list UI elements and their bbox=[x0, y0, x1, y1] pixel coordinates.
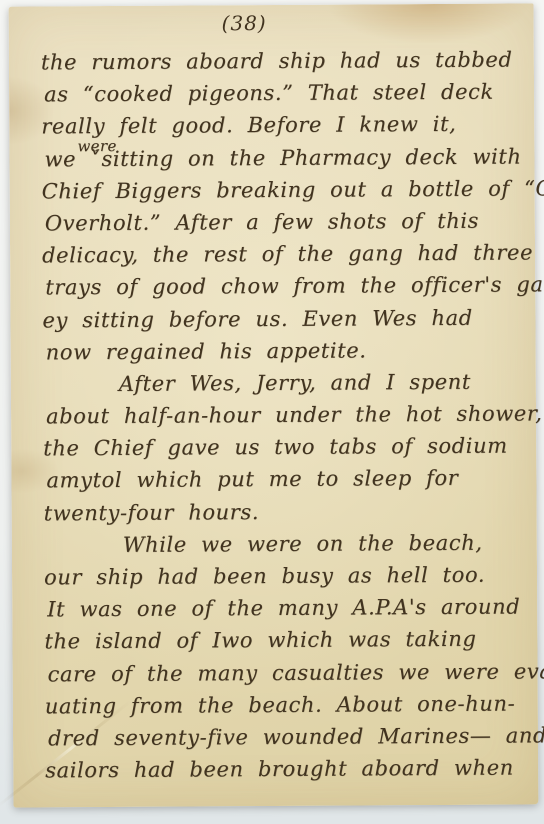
line-text: Chief Biggers breaking out a bottle of “… bbox=[42, 176, 544, 203]
page-number: (38) bbox=[9, 10, 480, 37]
line-text: about half-an-hour under the hot shower, bbox=[46, 401, 543, 428]
handwritten-line: It was one of the many A.P.A's around bbox=[44, 591, 525, 626]
line-text: amytol which put me to sleep for bbox=[46, 466, 458, 493]
handwritten-line: While we were on the beach, bbox=[44, 526, 525, 561]
line-text: our ship had been busy as hell too. bbox=[44, 563, 485, 590]
handwritten-line: our ship had been busy as hell too. bbox=[44, 558, 525, 593]
inserted-word-above-line: were bbox=[77, 130, 117, 162]
handwritten-line: now regained his appetite. bbox=[43, 333, 524, 368]
handwritten-line: the rumors aboard ship had us tabbed bbox=[41, 43, 522, 78]
handwritten-line: amytol which put me to sleep for bbox=[43, 462, 524, 497]
handwritten-page: (38) the rumors aboard ship had us tabbe… bbox=[9, 3, 539, 807]
line-text: the rumors aboard ship had us tabbed bbox=[41, 48, 513, 75]
handwritten-line: as “cooked pigeons.” That steel deck bbox=[41, 76, 522, 111]
line-text: dred seventy-five wounded Marines— and bbox=[48, 723, 544, 750]
line-text: It was one of the many A.P.A's around bbox=[47, 595, 520, 622]
line-text: uating from the beach. About one-hun- bbox=[45, 691, 516, 718]
line-text: trays of good chow from the officer's ga… bbox=[45, 273, 544, 300]
handwritten-line: uating from the beach. About one-hun- bbox=[45, 687, 526, 722]
line-text: twenty-four hours. bbox=[44, 500, 260, 525]
handwritten-line: we ˅sitting on the Pharmacy deck withwer… bbox=[41, 140, 522, 175]
handwritten-line: trays of good chow from the officer's ga… bbox=[42, 269, 523, 304]
line-text: delicacy, the rest of the gang had three bbox=[42, 241, 533, 268]
handwritten-line: the island of Iwo which was taking bbox=[44, 623, 525, 658]
handwritten-line: care of the many casualties we were evac… bbox=[45, 655, 526, 690]
line-text: ey sitting before us. Even Wes had bbox=[42, 305, 472, 332]
handwritten-line: dred seventy-five wounded Marines— and bbox=[45, 719, 526, 754]
handwriting-lines: the rumors aboard ship had us tabbedas “… bbox=[41, 43, 527, 786]
photo-background: (38) the rumors aboard ship had us tabbe… bbox=[0, 0, 544, 824]
handwritten-line: sailors had been brought aboard when bbox=[45, 752, 526, 787]
line-text: Overholt.” After a few shots of this bbox=[45, 209, 479, 236]
line-text: sailors had been brought aboard when bbox=[45, 756, 514, 783]
line-text: After Wes, Jerry, and I spent bbox=[119, 370, 471, 396]
line-text: as “cooked pigeons.” That steel deck bbox=[44, 80, 494, 107]
line-text: care of the many casualties we were evac… bbox=[48, 659, 544, 686]
line-text: now regained his appetite. bbox=[46, 338, 367, 364]
handwritten-line: Chief Biggers breaking out a bottle of “… bbox=[42, 172, 523, 207]
handwritten-line: delicacy, the rest of the gang had three bbox=[42, 237, 523, 272]
line-text: While we were on the beach, bbox=[123, 531, 483, 557]
line-text: the island of Iwo which was taking bbox=[44, 627, 476, 654]
line-text: the Chief gave us two tabs of sodium bbox=[43, 434, 508, 461]
handwritten-line: about half-an-hour under the hot shower, bbox=[43, 398, 524, 433]
handwritten-line: Overholt.” After a few shots of this bbox=[42, 204, 523, 239]
handwritten-line: twenty-four hours. bbox=[44, 494, 525, 529]
handwritten-line: the Chief gave us two tabs of sodium bbox=[43, 430, 524, 465]
handwritten-line: After Wes, Jerry, and I spent bbox=[43, 365, 524, 400]
handwritten-line: ey sitting before us. Even Wes had bbox=[42, 301, 523, 336]
